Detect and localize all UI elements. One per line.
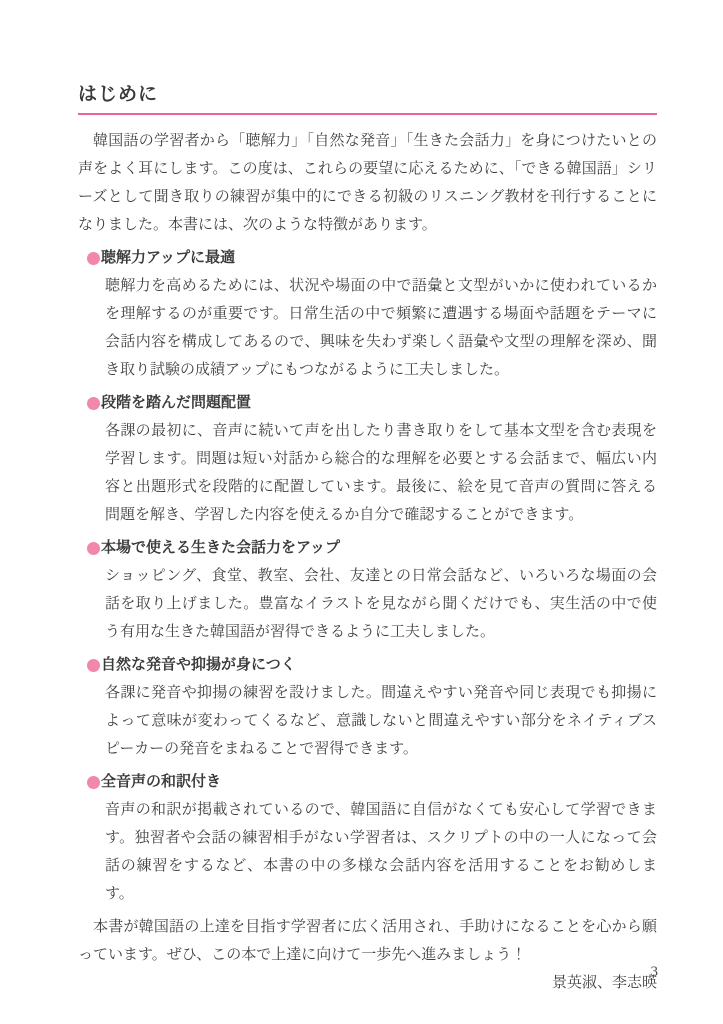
feature-section-pronunciation: 自然な発音や抑揚が身につく 各課に発音や抑揚の練習を設けました。間違えやすい発音… [78, 651, 657, 763]
bullet-circle-icon [87, 542, 100, 555]
page-title: はじめに [78, 84, 657, 106]
closing-paragraph: 本書が韓国語の上達を目指す学習者に広く活用され、手助けになることを心から願ってい… [78, 913, 657, 969]
book-page: はじめに 韓国語の学習者から「聴解力」「自然な発音」「生きた会話力」を身につけた… [0, 0, 723, 1024]
bullet-circle-icon [87, 252, 100, 265]
bullet-circle-icon [87, 397, 100, 410]
section-heading: 聴解力アップに最適 [101, 244, 235, 272]
section-heading-row: 自然な発音や抑揚が身につく [87, 651, 657, 679]
title-underline [78, 113, 657, 115]
section-heading: 本場で使える生きた会話力をアップ [101, 534, 340, 562]
feature-section-listening: 聴解力アップに最適 聴解力を高めるためには、状況や場面の中で語彙と文型がいかに使… [78, 244, 657, 384]
section-heading-row: 本場で使える生きた会話力をアップ [87, 534, 657, 562]
section-body: ショッピング、食堂、教室、会社、友達との日常会話など、いろいろな場面の会話を取り… [105, 562, 657, 646]
section-heading-row: 段階を踏んだ問題配置 [87, 389, 657, 417]
section-heading-row: 全音声の和訳付き [87, 768, 657, 796]
section-body: 各課の最初に、音声に続いて声を出したり書き取りをして基本文型を含む表現を学習しま… [105, 417, 657, 529]
section-body: 音声の和訳が掲載されているので、韓国語に自信がなくても安心して学習できます。独習… [105, 796, 657, 908]
bullet-circle-icon [87, 776, 100, 789]
page-number: 3 [651, 964, 659, 981]
authors-signature: 景英淑、李志暎 [78, 969, 657, 997]
feature-section-stepwise: 段階を踏んだ問題配置 各課の最初に、音声に続いて声を出したり書き取りをして基本文… [78, 389, 657, 529]
section-body: 各課に発音や抑揚の練習を設けました。間違えやすい発音や同じ表現でも抑揚によって意… [105, 679, 657, 763]
intro-paragraph: 韓国語の学習者から「聴解力」「自然な発音」「生きた会話力」を身につけたいとの声を… [78, 127, 657, 239]
feature-section-conversation: 本場で使える生きた会話力をアップ ショッピング、食堂、教室、会社、友達との日常会… [78, 534, 657, 646]
section-heading-row: 聴解力アップに最適 [87, 244, 657, 272]
feature-section-translation: 全音声の和訳付き 音声の和訳が掲載されているので、韓国語に自信がなくても安心して… [78, 768, 657, 908]
section-heading: 全音声の和訳付き [101, 768, 221, 796]
bullet-circle-icon [87, 659, 100, 672]
section-heading: 段階を踏んだ問題配置 [101, 389, 251, 417]
section-body: 聴解力を高めるためには、状況や場面の中で語彙と文型がいかに使われているかを理解す… [105, 272, 657, 384]
section-heading: 自然な発音や抑揚が身につく [101, 651, 296, 679]
